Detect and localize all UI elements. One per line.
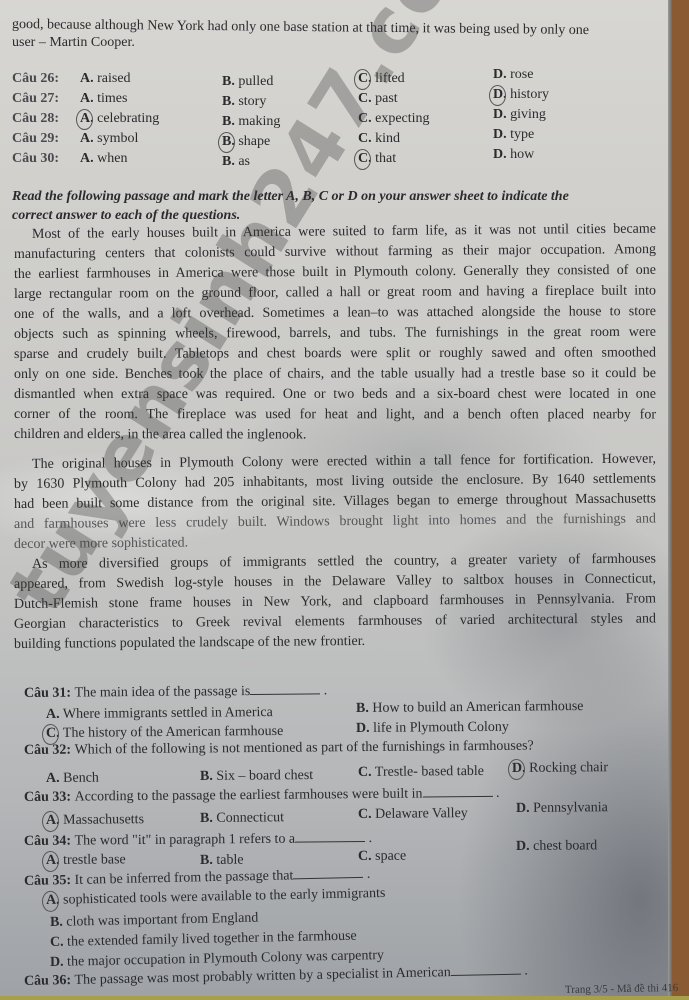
passage-line: objects such as spinning wheels, firewoo… [14,324,656,344]
question-label: Câu 31: [24,686,75,701]
passage-line: children and elders, in the area called … [14,426,656,445]
cloze-option-a: A. when [80,150,127,168]
passage-line: corner of the room. The fireplace was us… [14,406,656,424]
option-text: when [94,151,128,166]
cloze-option-b: B. as [222,153,250,171]
cloze-option-a: A. times [80,90,127,108]
question-label: Câu 34: [24,834,75,849]
cloze-option-d: D. rose [493,66,533,84]
passage-line: large rectangular room on the ground flo… [14,282,656,304]
option-text: chest board [530,838,598,854]
cloze-option-a: A. celebrating [80,110,159,128]
option-text: Trestle- based table [372,764,485,780]
option-letter: C. [358,151,372,166]
option-text: symbol [94,131,139,146]
option-text: that [372,151,397,166]
option-letter: C. [358,807,372,822]
cloze-option-c: C. kind [358,130,400,148]
cloze-option-d: D. type [493,126,534,144]
question-31-option-a: A. Where immigrants settled in America [46,704,273,724]
cloze-option-c: C. that [358,150,396,168]
option-letter: B. [200,811,213,826]
option-letter: A. [46,707,60,722]
question-31-option-d: D. life in Plymouth Colony [356,719,509,738]
option-text: space [372,849,407,864]
option-letter: A. [80,151,94,166]
option-text: the extended family lived together in th… [63,929,356,950]
option-letter: B. [222,94,235,109]
question-32-option-a: A. Bench [46,770,99,788]
option-letter: A. [46,813,60,828]
question-stem: It can be inferred from the passage that [74,868,293,888]
option-letter: A. [46,893,60,908]
cloze-option-b: B. pulled [222,73,273,91]
answer-blank [422,784,492,798]
question-34-option-a: A. trestle base [46,851,126,870]
blank-period: . [521,963,528,978]
cloze-option-b: B. story [222,93,266,111]
option-text: shape [235,134,270,149]
option-letter: D. [516,839,530,854]
intro-line-2: user – Martin Cooper. [12,34,135,52]
option-letter: A. [80,131,94,146]
option-text: kind [372,131,400,146]
answer-blank [250,681,320,695]
option-text: Delaware Valley [372,806,468,822]
passage-line: one of the walls, and a loft overhead. S… [14,303,656,324]
question-33-option-a: A. Massachusetts [46,811,144,830]
question-stem: Which of the following is not mentioned … [74,739,533,758]
option-text: how [507,147,535,162]
passage-line: only on one side. Benches took the place… [14,365,656,384]
option-text: raised [94,71,131,86]
question-stem: The word "it" in paragraph 1 refers to a [74,832,295,849]
option-letter: A. [46,771,60,786]
option-letter: B. [50,915,63,930]
question-31: Câu 31: The main idea of the passage is … [24,681,327,703]
question-32-option-c: C. Trestle- based table [358,763,484,782]
option-letter: A. [80,71,94,86]
cloze-option-b: B. making [222,113,280,131]
question-label: Câu 33: [24,790,75,805]
question-31-option-b: B. How to build an American farmhouse [356,698,584,718]
question-32-option-b: B. Six – board chest [200,767,313,786]
passage-line: manufacturing centers that colonists cou… [14,241,656,264]
question-label: Câu 32: [24,743,75,758]
question-stem: The main idea of the passage is [74,684,250,701]
option-text: lifted [372,71,405,86]
bottom-strip [0,996,689,1000]
passage-line: sparse and crudely built. Tabletops and … [14,344,656,364]
option-text: expecting [372,111,430,126]
option-letter: D. [516,801,530,816]
cloze-option-c: C. past [358,90,398,108]
instructions-line-2: correct answer to each of the questions. [12,207,240,225]
option-letter: C. [358,765,372,780]
option-letter: D. [493,127,507,142]
option-text: rose [507,67,534,82]
option-text: Bench [60,771,99,786]
option-text: Rocking chair [526,760,609,776]
option-letter: B. [356,701,369,716]
cloze-option-d: D. history [493,86,549,104]
option-letter: C. [358,111,372,126]
option-letter: D. [493,147,507,162]
option-letter: C. [358,849,372,864]
option-text: The history of the American farmhouse [60,724,284,741]
passage-line: the earliest farmhouses in America were … [14,262,656,284]
option-text: Where immigrants settled in America [60,705,273,722]
option-letter: B. [222,114,235,129]
option-letter: B. [200,769,213,784]
option-letter: D. [512,761,526,776]
question-34-option-c: C. space [358,848,406,866]
option-text: times [94,91,128,106]
answer-blank [295,829,365,843]
blank-period: . [492,786,499,801]
option-text: table [213,853,244,868]
question-33-option-d: D. Pennsylvania [516,799,608,818]
blank-period: . [365,831,372,846]
passage-line: dismantled when extra space was required… [14,386,656,404]
question-34-option-d: D. chest board [516,837,597,856]
option-letter: A. [46,853,60,868]
cloze-option-c: C. expecting [358,110,430,128]
option-letter: D. [50,955,64,970]
option-letter: C. [358,71,372,86]
cloze-question-label: Câu 28: [12,110,59,128]
option-letter: D. [493,107,507,122]
option-letter: C. [46,726,60,741]
option-text: giving [507,107,546,122]
option-text: Pennsylvania [530,800,608,816]
cloze-option-d: D. how [493,146,534,164]
question-33: Câu 33: According to the passage the ear… [24,784,500,807]
option-text: pulled [235,74,274,89]
exam-page: good, because although New York had only… [0,0,672,996]
cloze-option-d: D. giving [493,106,546,124]
option-text: How to build an American farmhouse [369,699,584,716]
option-text: story [235,94,267,109]
option-text: history [507,87,549,102]
passage-line: building functions populated the landsca… [14,630,656,654]
blank-period: . [320,683,327,698]
option-text: as [235,154,250,169]
question-label: Câu 36: [24,973,75,989]
cloze-option-a: A. symbol [80,130,138,148]
option-text: trestle base [60,852,126,868]
cloze-option-a: A. raised [80,70,131,88]
cloze-question-label: Câu 29: [12,130,59,148]
question-34: Câu 34: The word "it" in paragraph 1 ref… [24,829,372,851]
option-text: celebrating [94,111,160,126]
option-text: Connecticut [213,810,284,826]
option-text: Massachusetts [60,812,145,828]
option-text: past [372,91,398,106]
option-text: type [507,127,535,142]
option-letter: A. [80,91,94,106]
option-letter: D. [493,87,507,102]
option-text: Six – board chest [213,768,313,784]
option-letter: B. [222,134,235,149]
question-32: Câu 32: Which of the following is not me… [24,738,534,760]
cloze-question-label: Câu 27: [12,90,59,108]
question-stem: According to the passage the earliest fa… [74,787,422,805]
cloze-question-label: Câu 30: [12,150,59,168]
question-32-option-d: D. Rocking chair [512,759,608,778]
question-35-option-b: B. cloth was important from England [50,910,259,932]
option-letter: C. [50,935,64,950]
option-text: life in Plymouth Colony [370,720,509,736]
question-33-option-b: B. Connecticut [200,809,284,828]
option-letter: B. [222,154,235,169]
option-letter: B. [200,853,213,868]
option-letter: C. [358,131,372,146]
instructions-line-1: Read the following passage and mark the … [12,188,569,206]
option-text: cloth was important from England [63,911,259,930]
option-text: making [235,114,281,129]
blank-period: . [363,867,370,882]
answer-blank [293,865,363,879]
cloze-question-label: Câu 26: [12,70,59,88]
cloze-option-c: C. lifted [358,70,405,88]
question-33-option-c: C. Delaware Valley [358,805,468,824]
option-letter: A. [80,111,94,126]
cloze-option-b: B. shape [222,133,270,151]
question-label: Câu 35: [24,873,75,889]
page-edge [668,0,672,996]
option-letter: D. [493,67,507,82]
option-letter: D. [356,721,370,736]
option-letter: C. [358,91,372,106]
answer-blank [451,962,521,976]
option-letter: B. [222,74,235,89]
